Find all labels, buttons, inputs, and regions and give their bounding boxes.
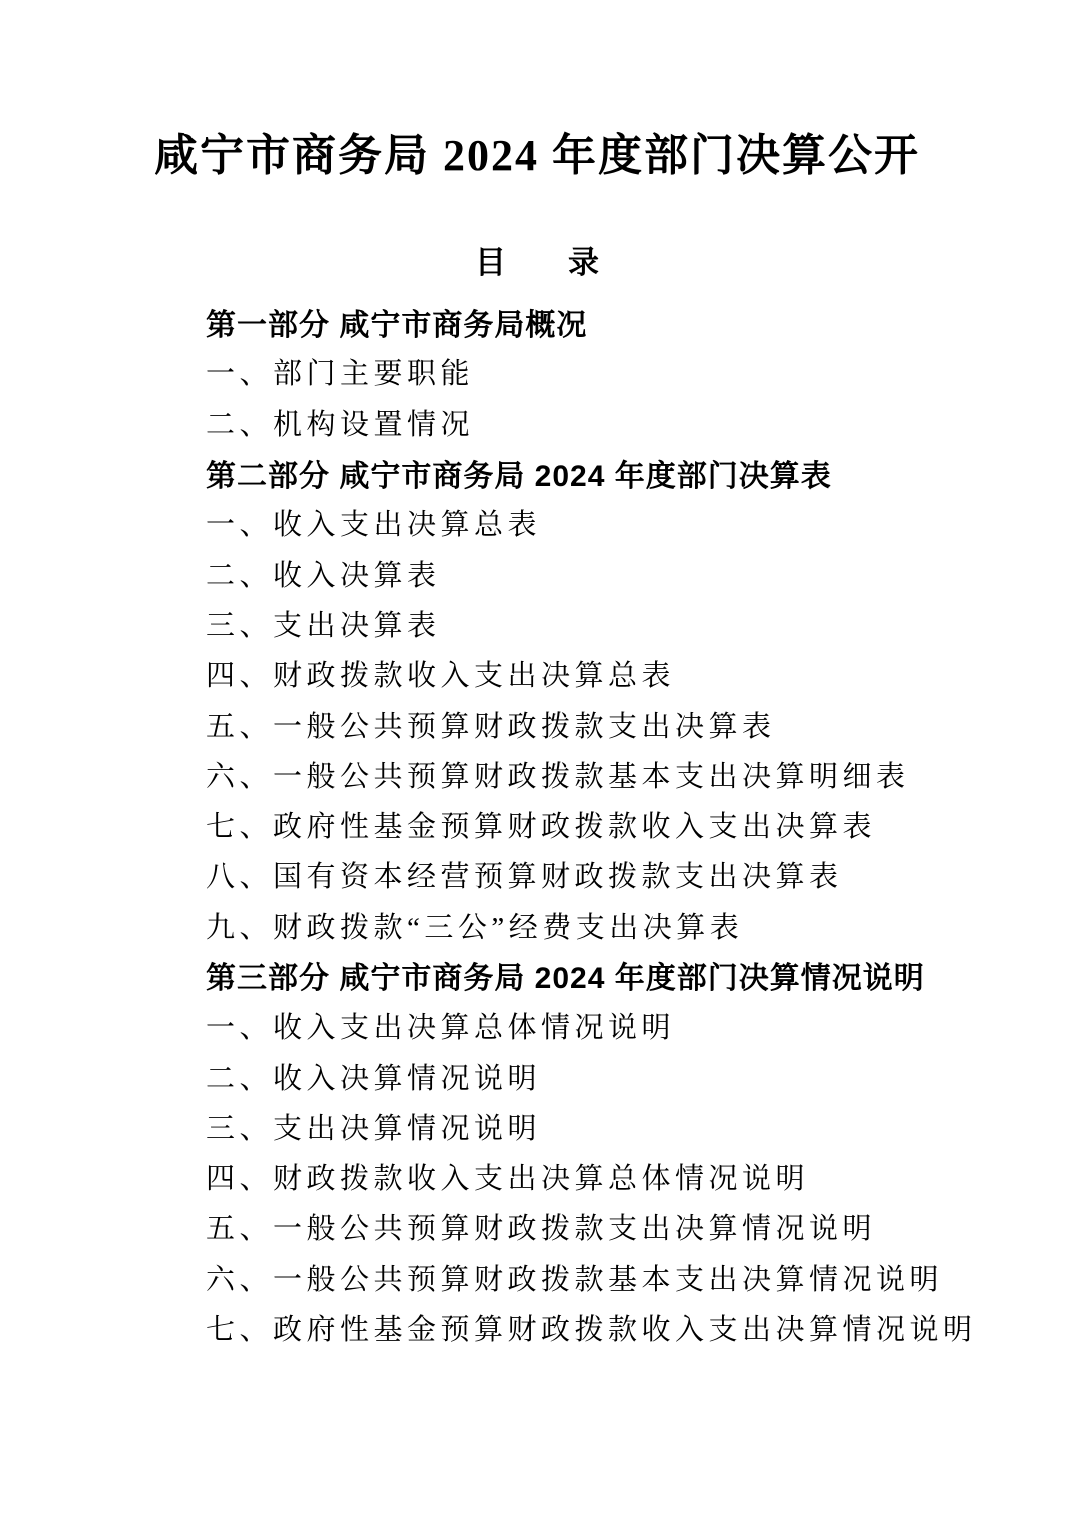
document-page: 咸宁市商务局 2024 年度部门决算公开 目 录 第一部分 咸宁市商务局概况 一… [0,0,1074,1520]
toc-item: 五、一般公共预算财政拨款支出决算情况说明 [0,1202,1074,1252]
toc-item: 六、一般公共预算财政拨款基本支出决算明细表 [0,749,1074,799]
toc-item: 四、财政拨款收入支出决算总体情况说明 [0,1152,1074,1202]
toc-section-heading: 第一部分 咸宁市商务局概况 [0,296,1074,346]
document-title: 咸宁市商务局 2024 年度部门决算公开 [0,0,1074,180]
toc-item: 一、收入支出决算总体情况说明 [0,1001,1074,1051]
table-of-contents: 第一部分 咸宁市商务局概况 一、部门主要职能 二、机构设置情况 第二部分 咸宁市… [0,296,1074,1352]
toc-item: 九、财政拨款“三公”经费支出决算表 [0,900,1074,950]
toc-item: 一、收入支出决算总表 [0,498,1074,548]
toc-section-part1: 第一部分 咸宁市商务局概况 一、部门主要职能 二、机构设置情况 [0,296,1074,447]
toc-section-heading: 第二部分 咸宁市商务局 2024 年度部门决算表 [0,447,1074,497]
toc-item: 一、部门主要职能 [0,347,1074,397]
toc-item: 四、财政拨款收入支出决算总表 [0,649,1074,699]
toc-item: 二、收入决算表 [0,548,1074,598]
toc-item: 七、政府性基金预算财政拨款收入支出决算表 [0,799,1074,849]
toc-item: 三、支出决算情况说明 [0,1101,1074,1151]
toc-section-part2: 第二部分 咸宁市商务局 2024 年度部门决算表 一、收入支出决算总表 二、收入… [0,447,1074,950]
toc-item: 二、机构设置情况 [0,397,1074,447]
toc-section-heading: 第三部分 咸宁市商务局 2024 年度部门决算情况说明 [0,950,1074,1000]
toc-item: 七、政府性基金预算财政拨款收入支出决算情况说明 [0,1302,1074,1352]
toc-heading: 目 录 [0,246,1074,280]
toc-section-part3: 第三部分 咸宁市商务局 2024 年度部门决算情况说明 一、收入支出决算总体情况… [0,950,1074,1352]
toc-item: 二、收入决算情况说明 [0,1051,1074,1101]
toc-item: 六、一般公共预算财政拨款基本支出决算情况说明 [0,1252,1074,1302]
toc-item: 三、支出决算表 [0,598,1074,648]
toc-item: 八、国有资本经营预算财政拨款支出决算表 [0,850,1074,900]
toc-item: 五、一般公共预算财政拨款支出决算表 [0,699,1074,749]
